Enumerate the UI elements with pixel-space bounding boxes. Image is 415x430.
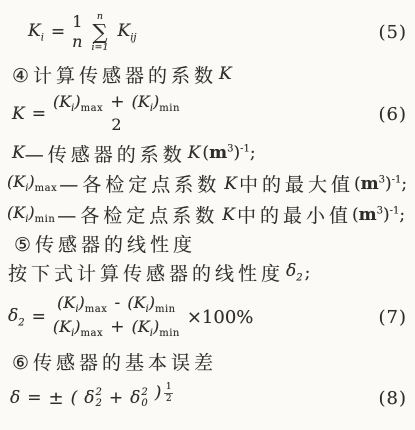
eq5-term-base: K xyxy=(118,21,131,41)
max-label: max xyxy=(81,103,104,114)
step-4-variable: K xyxy=(219,64,232,84)
paren-close: ) xyxy=(383,205,390,225)
eq5-equals: = xyxy=(51,22,65,42)
eq7-lhs: δ2 xyxy=(8,306,25,328)
definition-k-min: (Ki)min —各检定点系数 K 中的最小值 (m3)-1; xyxy=(0,199,415,230)
eq6-equals: = xyxy=(32,104,46,124)
k-min-term: (Ki)min xyxy=(127,293,175,312)
definition-k: K —传感器的系数 K (m3)-1; xyxy=(0,138,415,168)
eq6-denominator: 2 xyxy=(111,117,121,134)
eq6-numerator: (Ki)max + (Ki)min xyxy=(53,94,180,115)
step-6-line: ⑥传感器的基本误差 xyxy=(0,346,415,377)
sum-lower-limit: i=1 xyxy=(91,43,108,53)
unit-m3-inverse: (m3)-1; xyxy=(352,205,405,225)
eq7-plus: + xyxy=(110,317,124,337)
semicolon: ; xyxy=(250,143,256,163)
k-base: K xyxy=(134,293,146,312)
k-base: K xyxy=(59,92,71,111)
eq7-denominator: (Ki)max + (Ki)min xyxy=(53,319,180,340)
k-base: K xyxy=(59,317,71,336)
eq7-equals: = xyxy=(32,307,46,327)
def-min-text2: 中的最小值 xyxy=(237,201,352,228)
delta2-subscript: 2 xyxy=(95,398,101,410)
delta2-squared-term: δ22 xyxy=(84,387,102,410)
unit-m3-inverse: (m3)-1; xyxy=(354,174,407,194)
equation-8: δ = ± ( δ22 + δ20 )12 (8) xyxy=(0,377,415,419)
unit-m: m xyxy=(209,143,227,163)
exp-numerator: 1 xyxy=(164,382,173,393)
step-4-label: ④计算传感器的系数 xyxy=(12,61,217,88)
def-k-variable: K xyxy=(12,143,25,163)
k-max-term: (Ki)max xyxy=(57,293,107,312)
eq8-equals: = xyxy=(27,388,41,408)
linearity-text: 按下式计算传感器的线性度 xyxy=(8,259,284,286)
delta-subscript: 2 xyxy=(296,273,302,284)
k-base: K xyxy=(138,92,150,111)
k-base: K xyxy=(13,172,25,191)
definition-k-max: (Ki)max —各检定点系数 K 中的最大值 (m3)-1; xyxy=(0,168,415,199)
min-label: min xyxy=(35,214,56,225)
delta0-supsub: 20 xyxy=(141,387,147,410)
max-label: max xyxy=(81,328,104,339)
eq7-fraction: (Ki)max - (Ki)min (Ki)max + (Ki)min xyxy=(53,295,180,339)
delta-base: δ xyxy=(84,388,94,408)
def-max-text2: 中的最大值 xyxy=(239,170,354,197)
def-k-variable2: K xyxy=(188,143,201,163)
min-label: min xyxy=(159,328,180,339)
eq5-lhs-base: K xyxy=(28,21,41,41)
eq7-numerator: (Ki)max - (Ki)min xyxy=(57,295,175,316)
k-min-term: (Ki)min xyxy=(7,203,55,225)
equation-5: Ki = 1 n n ∑ i=1 Kij (5) xyxy=(0,6,415,58)
min-label: min xyxy=(159,103,180,114)
equation-7-number: (7) xyxy=(379,307,415,328)
eq5-lhs: Ki xyxy=(28,21,44,43)
eq7-minus: - xyxy=(114,293,120,313)
equation-6-number: (6) xyxy=(379,104,415,125)
k-max-term: (Ki)max xyxy=(53,92,103,111)
equation-7-body: δ2 = (Ki)max - (Ki)min (Ki)max + (Ki)min… xyxy=(8,295,253,339)
paper-page: Ki = 1 n n ∑ i=1 Kij (5) ④计算传感器的系数 K K = xyxy=(0,0,415,430)
delta0-subscript: 0 xyxy=(141,398,147,410)
step-6-label: ⑥传感器的基本误差 xyxy=(12,348,217,375)
paren-open: ( xyxy=(354,174,361,194)
eq8-lhs: δ xyxy=(10,388,20,408)
def-max-text: —各检定点系数 xyxy=(59,170,220,197)
paren-open: ( xyxy=(352,205,359,225)
eq5-fraction-denominator: n xyxy=(72,34,82,51)
unit-inverse-exponent: -1 xyxy=(390,205,400,216)
semicolon: ; xyxy=(305,263,311,283)
def-min-variable: K xyxy=(222,205,235,225)
unit-inverse-exponent: -1 xyxy=(392,174,402,185)
eq7-lhs-base: δ xyxy=(8,306,18,326)
eq5-term: Kij xyxy=(118,21,137,43)
k-base: K xyxy=(63,293,75,312)
equation-6: K = (Ki)max + (Ki)min 2 (6) xyxy=(0,90,415,138)
eq5-fraction: 1 n xyxy=(72,14,82,51)
delta2-supsub: 22 xyxy=(95,387,101,410)
def-min-text: —各检定点系数 xyxy=(57,201,218,228)
eq7-lhs-subscript: 2 xyxy=(18,317,24,328)
exp-denominator: 2 xyxy=(166,394,172,404)
def-max-variable: K xyxy=(224,174,237,194)
unit-inverse-exponent: -1 xyxy=(240,143,250,154)
k-min-term: (Ki)min xyxy=(132,92,180,111)
step-4-line: ④计算传感器的系数 K xyxy=(0,58,415,90)
def-k-text: —传感器的系数 xyxy=(25,140,186,167)
paren-close: ) xyxy=(155,383,162,403)
equation-7: δ2 = (Ki)max - (Ki)min (Ki)max + (Ki)min… xyxy=(0,288,415,346)
paren-close: ) xyxy=(385,174,392,194)
sigma-icon: ∑ xyxy=(92,22,107,43)
step-5-label: ⑤传感器的线性度 xyxy=(14,230,196,257)
equation-5-number: (5) xyxy=(379,22,415,43)
equation-5-body: Ki = 1 n n ∑ i=1 Kij xyxy=(28,12,137,52)
delta-base: δ xyxy=(286,261,296,281)
linearity-sentence: 按下式计算传感器的线性度 δ2 ; xyxy=(0,257,415,288)
plus-minus-sign: ± xyxy=(49,388,64,409)
eq6-lhs: K xyxy=(12,104,25,124)
eq5-term-subscript: ij xyxy=(130,32,136,43)
semicolon: ; xyxy=(401,174,407,194)
delta2-variable: δ2 xyxy=(286,261,303,283)
delta0-exponent: 2 xyxy=(141,387,147,399)
k-base: K xyxy=(13,203,25,222)
eq6-plus: + xyxy=(110,92,124,112)
min-label: min xyxy=(155,304,176,315)
unit-m: m xyxy=(359,205,377,225)
one-half-exponent: 12 xyxy=(164,382,173,404)
equation-6-body: K = (Ki)max + (Ki)min 2 xyxy=(12,94,180,134)
max-label: max xyxy=(35,183,58,194)
semicolon: ; xyxy=(399,205,405,225)
equation-8-body: δ = ± ( δ22 + δ20 )12 xyxy=(10,383,173,413)
eq8-plus: + xyxy=(109,388,123,408)
close-paren-with-exponent: )12 xyxy=(155,383,173,413)
eq8-paren-open: ( xyxy=(71,388,78,408)
equation-8-number: (8) xyxy=(379,388,415,409)
eq7-times-100-percent: ×100% xyxy=(187,307,254,328)
delta-base: δ xyxy=(130,388,140,408)
eq6-fraction: (Ki)max + (Ki)min 2 xyxy=(53,94,180,134)
unit-m: m xyxy=(361,174,379,194)
k-min-term: (Ki)min xyxy=(132,317,180,336)
k-max-term: (Ki)max xyxy=(7,172,57,194)
delta2-exponent: 2 xyxy=(95,387,101,399)
summation-symbol: n ∑ i=1 xyxy=(91,12,108,52)
delta0-squared-term: δ20 xyxy=(130,387,148,410)
unit-m3-inverse: (m3)-1; xyxy=(202,143,255,163)
k-base: K xyxy=(138,317,150,336)
eq5-lhs-subscript: i xyxy=(41,32,44,43)
eq5-fraction-numerator: 1 xyxy=(72,14,82,31)
k-max-term: (Ki)max xyxy=(53,317,103,336)
max-label: max xyxy=(85,304,108,315)
step-5-line: ⑤传感器的线性度 xyxy=(0,230,415,257)
